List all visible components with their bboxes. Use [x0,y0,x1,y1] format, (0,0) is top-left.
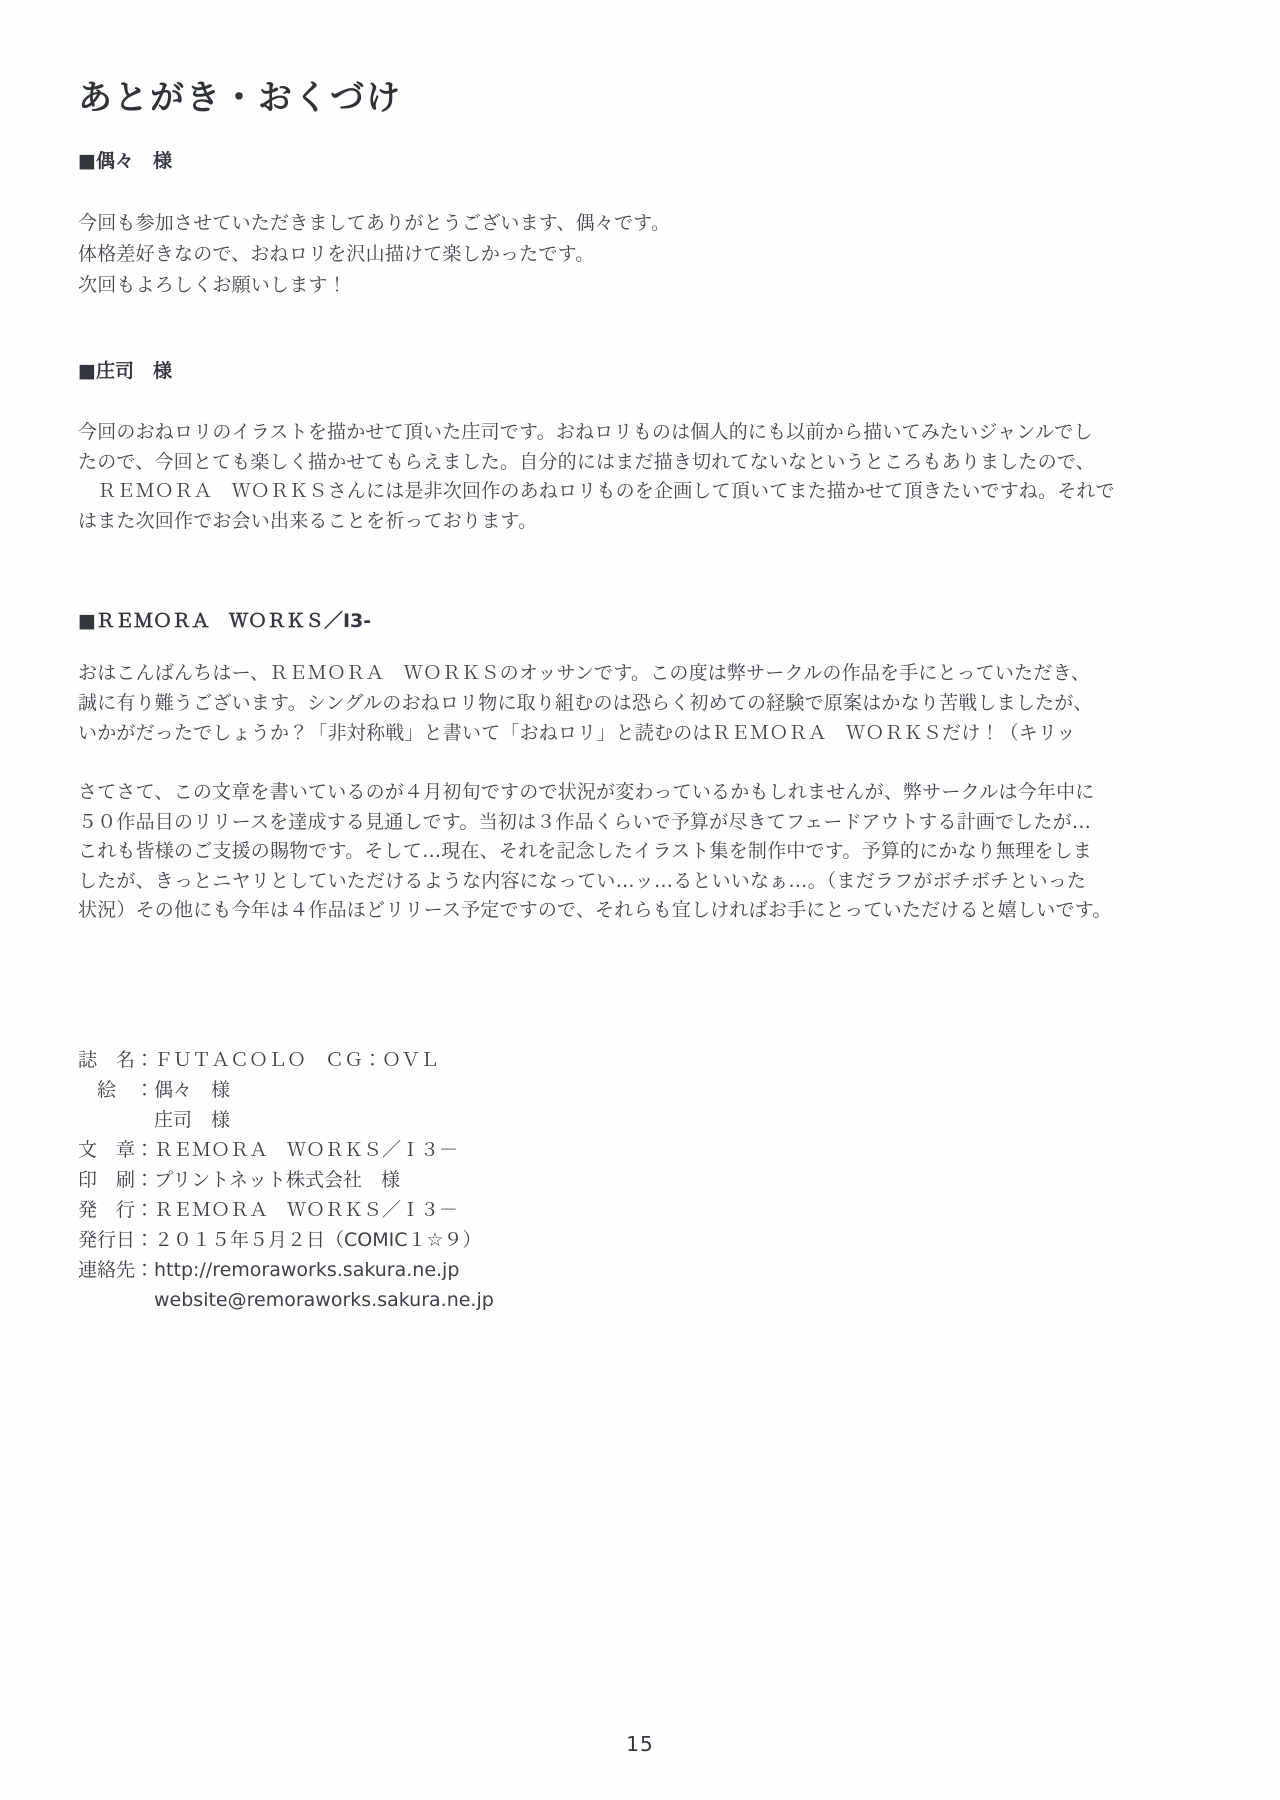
colophon-text-line: 文 章：ＲＥＭＯＲＡ ＷＯＲＫＳ／Ｉ３－ [78,1135,778,1165]
colophon-printer-line: 印 刷：プリントネット株式会社 様 [78,1165,778,1195]
paragraph-line: たので、今回とても楽しく描かせてもらえました。自分的にはまだ描き切れてないなとい… [78,448,1218,478]
page-number: 15 [0,1732,1280,1756]
section-heading-shoji: ■庄司 様 [78,358,172,384]
paragraph-line: おはこんばんちはー、ＲＥＭＯＲＡ ＷＯＲＫＳのオッサンです。この度は弊サークルの… [78,658,1218,688]
afterword-colophon-page: あとがき・おくづけ ■偶々 様 今回も参加させていただきましてありがとうございま… [0,0,1280,1800]
paragraph-line: 状況）その他にも今年は４作品ほどリリース予定ですので、それらも宜しければお手にと… [78,896,1218,926]
paragraph-line: 体格差好きなので、おねロリを沢山描けて楽しかったです。 [78,239,1218,270]
colophon-email-line: website@remoraworks.sakura.ne.jp [78,1285,778,1315]
paragraph-remora-2: さてさて、この文章を書いているのが４月初旬ですので状況が変わっているかもしれませ… [78,778,1218,926]
paragraph-line: 今回のおねロリのイラストを描かせて頂いた庄司です。おねロリものは個人的にも以前か… [78,418,1218,448]
colophon-artist-line: 絵 ：偶々 様 [78,1075,778,1105]
paragraph-line: 今回も参加させていただきましてありがとうございます、偶々です。 [78,208,1218,239]
paragraph-guzu: 今回も参加させていただきましてありがとうございます、偶々です。 体格差好きなので… [78,208,1218,301]
paragraph-line: 誠に有り難うございます。シングルのおねロリ物に取り組むのは恐らく初めての経験で原… [78,688,1218,718]
colophon-date-line: 発行日：２０１５年５月２日（COMIC１☆９） [78,1225,778,1255]
paragraph-shoji: 今回のおねロリのイラストを描かせて頂いた庄司です。おねロリものは個人的にも以前か… [78,418,1218,536]
colophon: 誌 名：ＦＵＴＡＣＯＬＯ ＣＧ：ＯＶＬ 絵 ：偶々 様 庄司 様 文 章：ＲＥＭ… [78,1045,778,1315]
paragraph-line: はまた次回作でお会い出来ることを祈っております。 [78,507,1218,537]
section-heading-guzu: ■偶々 様 [78,148,172,174]
paragraph-line: 次回もよろしくお願いします！ [78,270,1218,301]
colophon-publisher-line: 発 行：ＲＥＭＯＲＡ ＷＯＲＫＳ／Ｉ３－ [78,1195,778,1225]
section-heading-remora-works: ■ＲＥＭＯＲＡ ＷＯＲＫＳ／I3- [78,608,371,634]
page-title: あとがき・おくづけ [78,76,402,120]
colophon-title-line: 誌 名：ＦＵＴＡＣＯＬＯ ＣＧ：ＯＶＬ [78,1045,778,1075]
colophon-artist-line: 庄司 様 [78,1105,778,1135]
colophon-website-line: 連絡先：http://remoraworks.sakura.ne.jp [78,1255,778,1285]
paragraph-line: いかがだったでしょうか？「非対称戦」と書いて「おねロリ」と読むのはＲＥＭＯＲＡ … [78,718,1218,748]
paragraph-line: ５０作品目のリリースを達成する見通しです。当初は３作品くらいで予算が尽きてフェー… [78,808,1218,838]
paragraph-line: これも皆様のご支援の賜物です。そして…現在、それを記念したイラスト集を制作中です… [78,837,1218,867]
paragraph-line: ＲＥＭＯＲＡ ＷＯＲＫＳさんには是非次回作のあねロリものを企画して頂いてまた描か… [78,477,1218,507]
paragraph-line: さてさて、この文章を書いているのが４月初旬ですので状況が変わっているかもしれませ… [78,778,1218,808]
paragraph-remora-1: おはこんばんちはー、ＲＥＭＯＲＡ ＷＯＲＫＳのオッサンです。この度は弊サークルの… [78,658,1218,748]
paragraph-line: したが、きっとニヤリとしていただけるような内容になってい…ッ…るといいなぁ…。（… [78,867,1218,897]
